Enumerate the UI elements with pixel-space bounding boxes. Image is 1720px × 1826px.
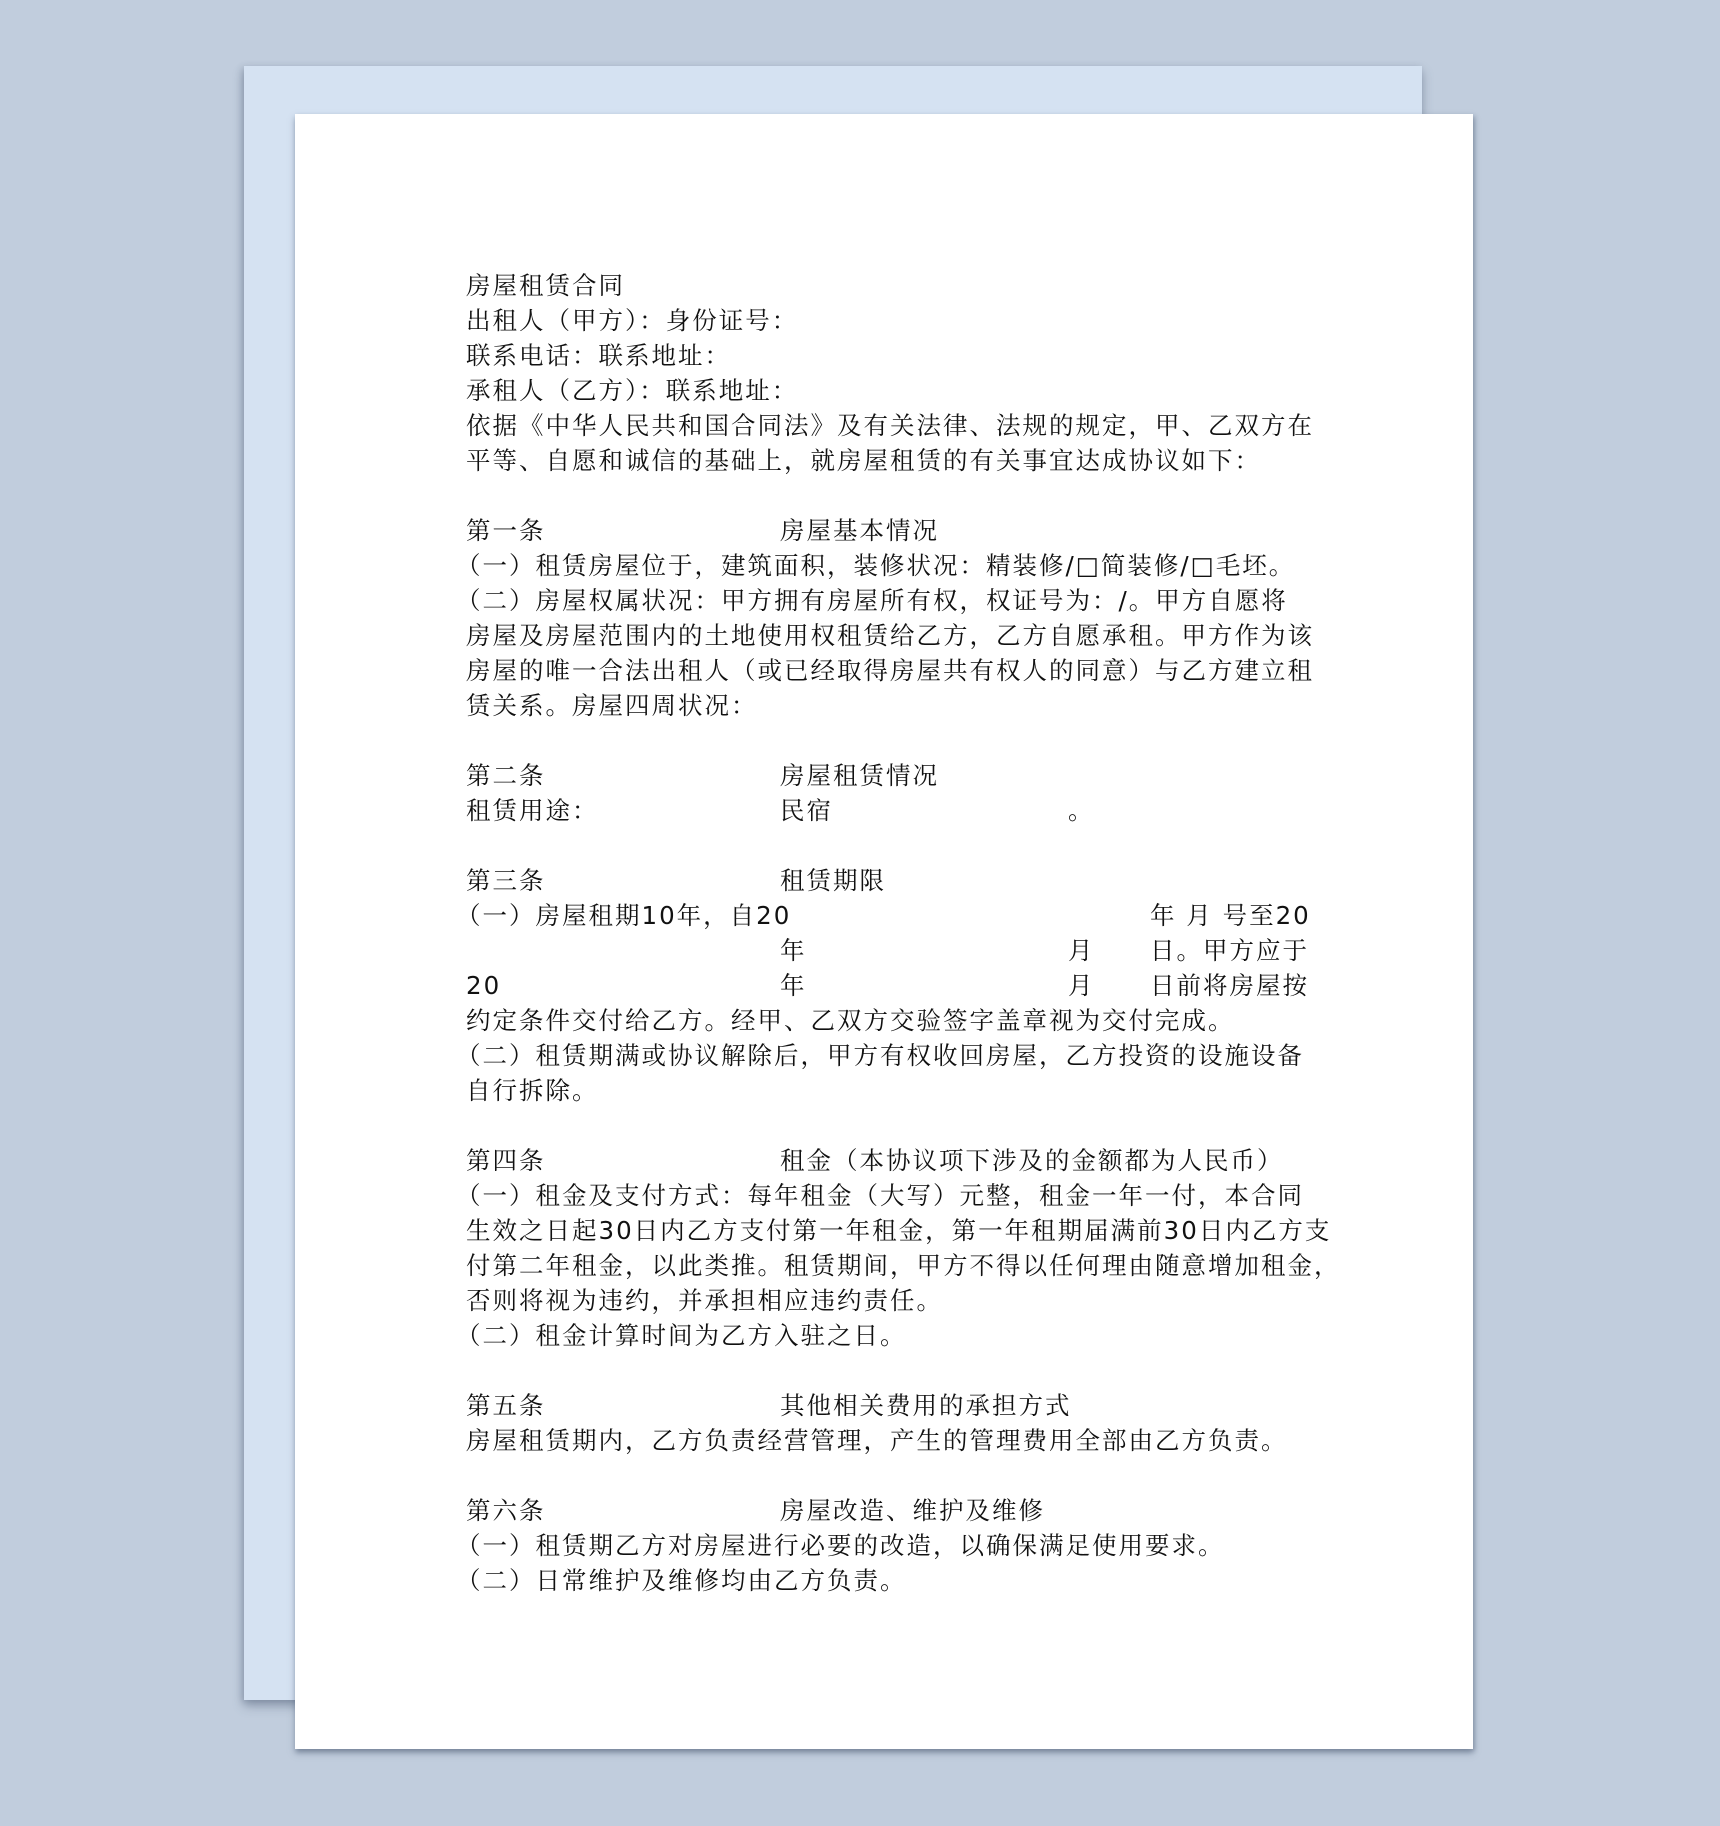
usage-label: 租赁用途： <box>466 793 599 828</box>
preamble-line-2: 平等、自愿和诚信的基础上，就房屋租赁的有关事宜达成协议如下： <box>466 443 1346 478</box>
blank-line <box>466 1458 1346 1493</box>
term-month: 月 <box>1068 933 1095 968</box>
article-1-line: 赁关系。房屋四周状况： <box>466 688 1346 723</box>
article-4-line: 否则将视为违约，并承担相应违约责任。 <box>466 1283 1346 1318</box>
article-1-line: 房屋及房屋范围内的土地使用权租赁给乙方，乙方自愿承租。甲方作为该 <box>466 618 1346 653</box>
term-line-3: 20 年 月 日前将房屋按 <box>466 968 1346 1003</box>
article-1-line: （二）房屋权属状况：甲方拥有房屋所有权，权证号为：/。甲方自愿将 <box>456 583 1346 618</box>
term-line-2: 年 月 日。甲方应于 <box>466 933 1346 968</box>
lessee-line: 承租人（乙方）：联系地址： <box>466 373 1346 408</box>
article-3-line: （二）租赁期满或协议解除后，甲方有权收回房屋，乙方投资的设施设备 <box>456 1038 1346 1073</box>
usage-end: 。 <box>1068 793 1095 828</box>
delivery-century: 20 <box>466 968 501 1003</box>
delivery-month: 月 <box>1068 968 1095 1003</box>
article-1-header: 第一条 房屋基本情况 <box>466 513 1346 548</box>
article-heading: 房屋基本情况 <box>780 513 939 548</box>
article-4-line: （一）租金及支付方式：每年租金（大写）元整，租金一年一付，本合同 <box>456 1178 1346 1213</box>
article-6-line: （一）租赁期乙方对房屋进行必要的改造，以确保满足使用要求。 <box>456 1528 1346 1563</box>
article-5-header: 第五条 其他相关费用的承担方式 <box>466 1388 1346 1423</box>
article-heading: 其他相关费用的承担方式 <box>780 1388 1072 1423</box>
delivery-day: 日前将房屋按 <box>1150 968 1309 1003</box>
term-year: 年 <box>780 933 807 968</box>
blank-line <box>466 478 1346 513</box>
term-date: 年 月 号至20 <box>1150 898 1311 933</box>
article-3-line: 约定条件交付给乙方。经甲、乙双方交验签字盖章视为交付完成。 <box>466 1003 1346 1038</box>
article-number: 第二条 <box>466 758 546 793</box>
article-2-header: 第二条 房屋租赁情况 <box>466 758 1346 793</box>
document-title: 房屋租赁合同 <box>466 268 1346 303</box>
article-number: 第三条 <box>466 863 546 898</box>
delivery-year: 年 <box>780 968 807 1003</box>
article-number: 第一条 <box>466 513 546 548</box>
usage-value: 民宿 <box>780 793 833 828</box>
article-3-header: 第三条 租赁期限 <box>466 863 1346 898</box>
article-heading: 租金（本协议项下涉及的金额都为人民币） <box>780 1143 1284 1178</box>
article-4-line: 付第二年租金，以此类推。租赁期间，甲方不得以任何理由随意增加租金， <box>466 1248 1346 1283</box>
blank-line <box>466 1108 1346 1143</box>
article-number: 第四条 <box>466 1143 546 1178</box>
article-6-header: 第六条 房屋改造、维护及维修 <box>466 1493 1346 1528</box>
preamble-line-1: 依据《中华人民共和国合同法》及有关法律、法规的规定，甲、乙双方在 <box>466 408 1346 443</box>
article-1-line: 房屋的唯一合法出租人（或已经取得房屋共有权人的同意）与乙方建立租 <box>466 653 1346 688</box>
article-1-line: （一）租赁房屋位于，建筑面积，装修状况：精装修/□简装修/□毛坯。 <box>456 548 1346 583</box>
term-start: （一）房屋租期10年，自20 <box>456 898 791 933</box>
article-heading: 房屋改造、维护及维修 <box>780 1493 1045 1528</box>
article-4-line: 生效之日起30日内乙方支付第一年租金，第一年租期届满前30日内乙方支 <box>466 1213 1346 1248</box>
contract-document: 房屋租赁合同 出租人（甲方）：身份证号： 联系电话：联系地址： 承租人（乙方）：… <box>466 268 1346 1598</box>
term-line-1: （一）房屋租期10年，自20 年 月 号至20 <box>466 898 1346 933</box>
article-number: 第六条 <box>466 1493 546 1528</box>
blank-line <box>466 1353 1346 1388</box>
article-4-line: （二）租金计算时间为乙方入驻之日。 <box>456 1318 1346 1353</box>
lessor-line: 出租人（甲方）：身份证号： <box>466 303 1346 338</box>
term-day: 日。甲方应于 <box>1150 933 1309 968</box>
article-3-line: 自行拆除。 <box>466 1073 1346 1108</box>
article-4-header: 第四条 租金（本协议项下涉及的金额都为人民币） <box>466 1143 1346 1178</box>
blank-line <box>466 723 1346 758</box>
usage-line: 租赁用途： 民宿 。 <box>466 793 1346 828</box>
article-heading: 房屋租赁情况 <box>780 758 939 793</box>
blank-line <box>466 828 1346 863</box>
article-heading: 租赁期限 <box>780 863 886 898</box>
article-number: 第五条 <box>466 1388 546 1423</box>
contact-line: 联系电话：联系地址： <box>466 338 1346 373</box>
article-6-line: （二）日常维护及维修均由乙方负责。 <box>456 1563 1346 1598</box>
article-5-line: 房屋租赁期内，乙方负责经营管理，产生的管理费用全部由乙方负责。 <box>466 1423 1346 1458</box>
